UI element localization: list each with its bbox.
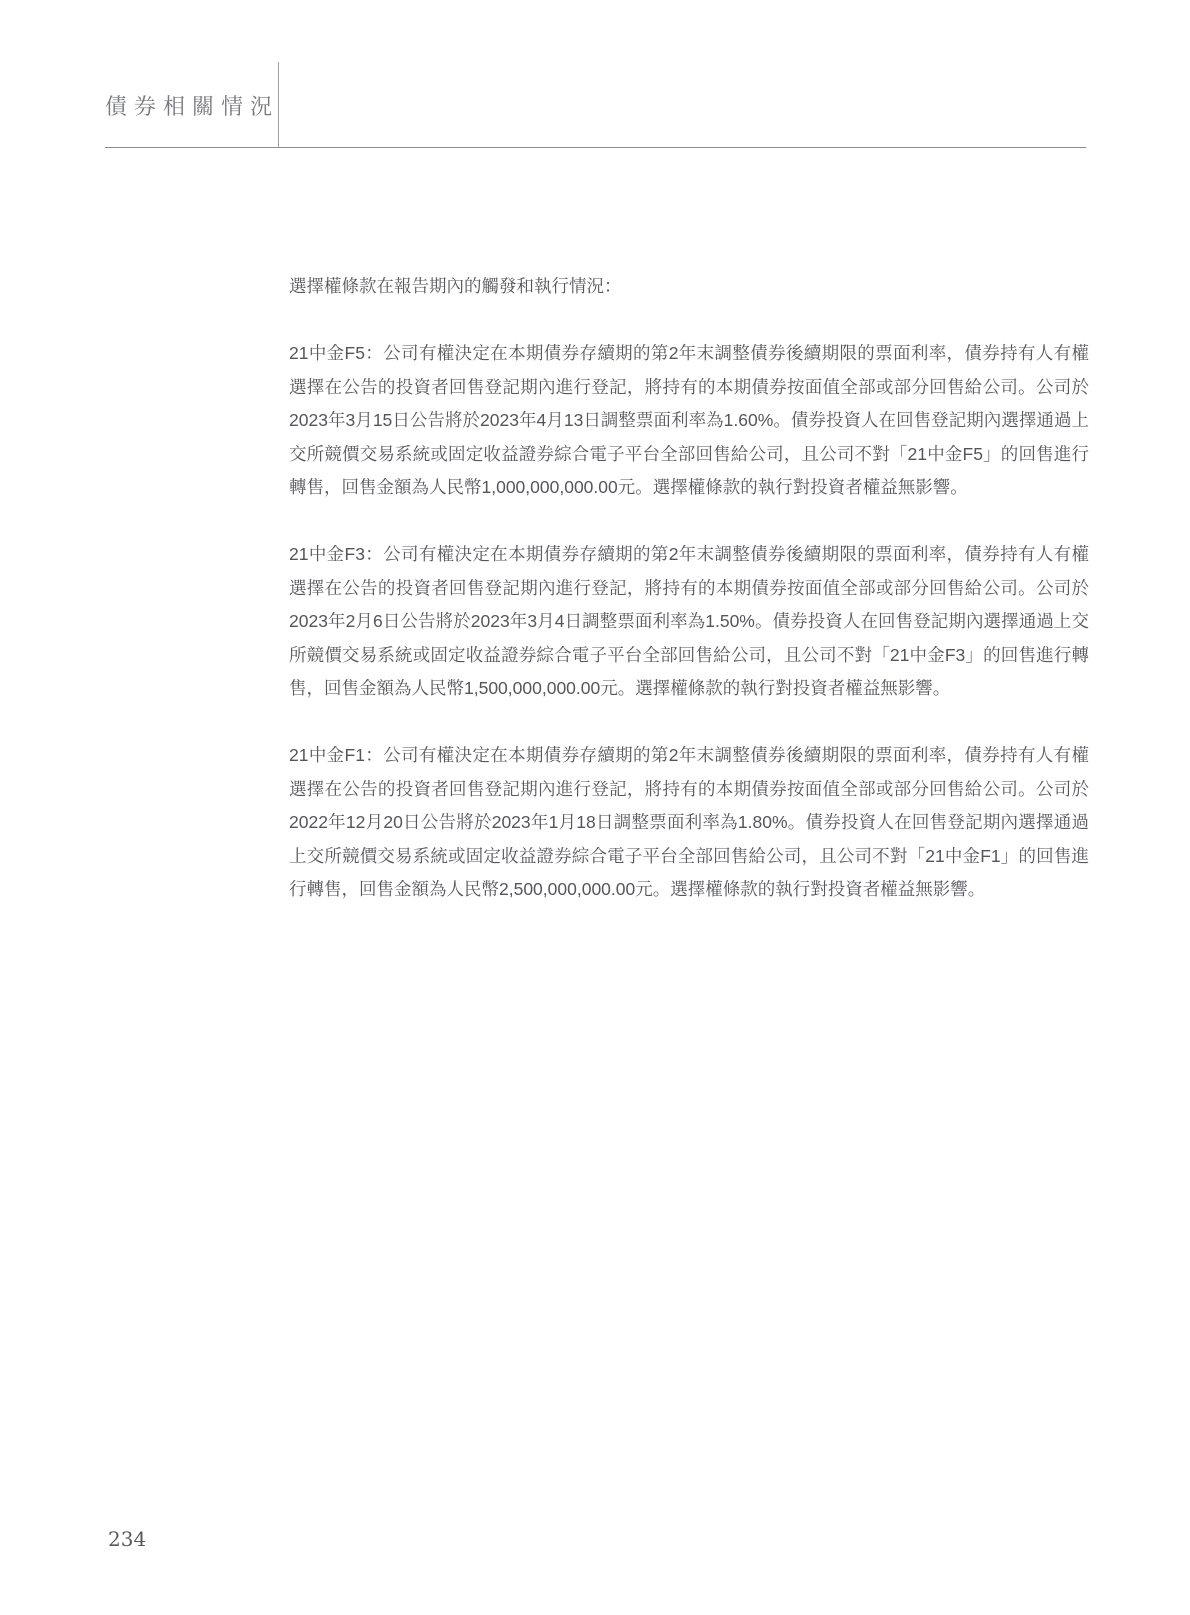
content-area: 選擇權條款在報告期內的觸發和執行情況： 21中金F5：公司有權決定在本期債券存續…: [289, 270, 1089, 907]
page-number: 234: [108, 1527, 146, 1551]
paragraph-bond-f5: 21中金F5：公司有權決定在本期債券存續期的第2年末調整債券後續期限的票面利率，…: [289, 337, 1089, 505]
section-title: 債券相關情況: [105, 90, 279, 121]
header-horizontal-rule: [105, 147, 1086, 148]
document-page: 債券相關情況 選擇權條款在報告期內的觸發和執行情況： 21中金F5：公司有權決定…: [0, 0, 1190, 1615]
paragraph-bond-f1: 21中金F1：公司有權決定在本期債券存續期的第2年末調整債券後續期限的票面利率，…: [289, 739, 1089, 907]
intro-line: 選擇權條款在報告期內的觸發和執行情況：: [289, 270, 1089, 304]
paragraph-bond-f3: 21中金F3：公司有權決定在本期債券存續期的第2年末調整債券後續期限的票面利率，…: [289, 538, 1089, 706]
header-vertical-divider: [278, 62, 279, 147]
